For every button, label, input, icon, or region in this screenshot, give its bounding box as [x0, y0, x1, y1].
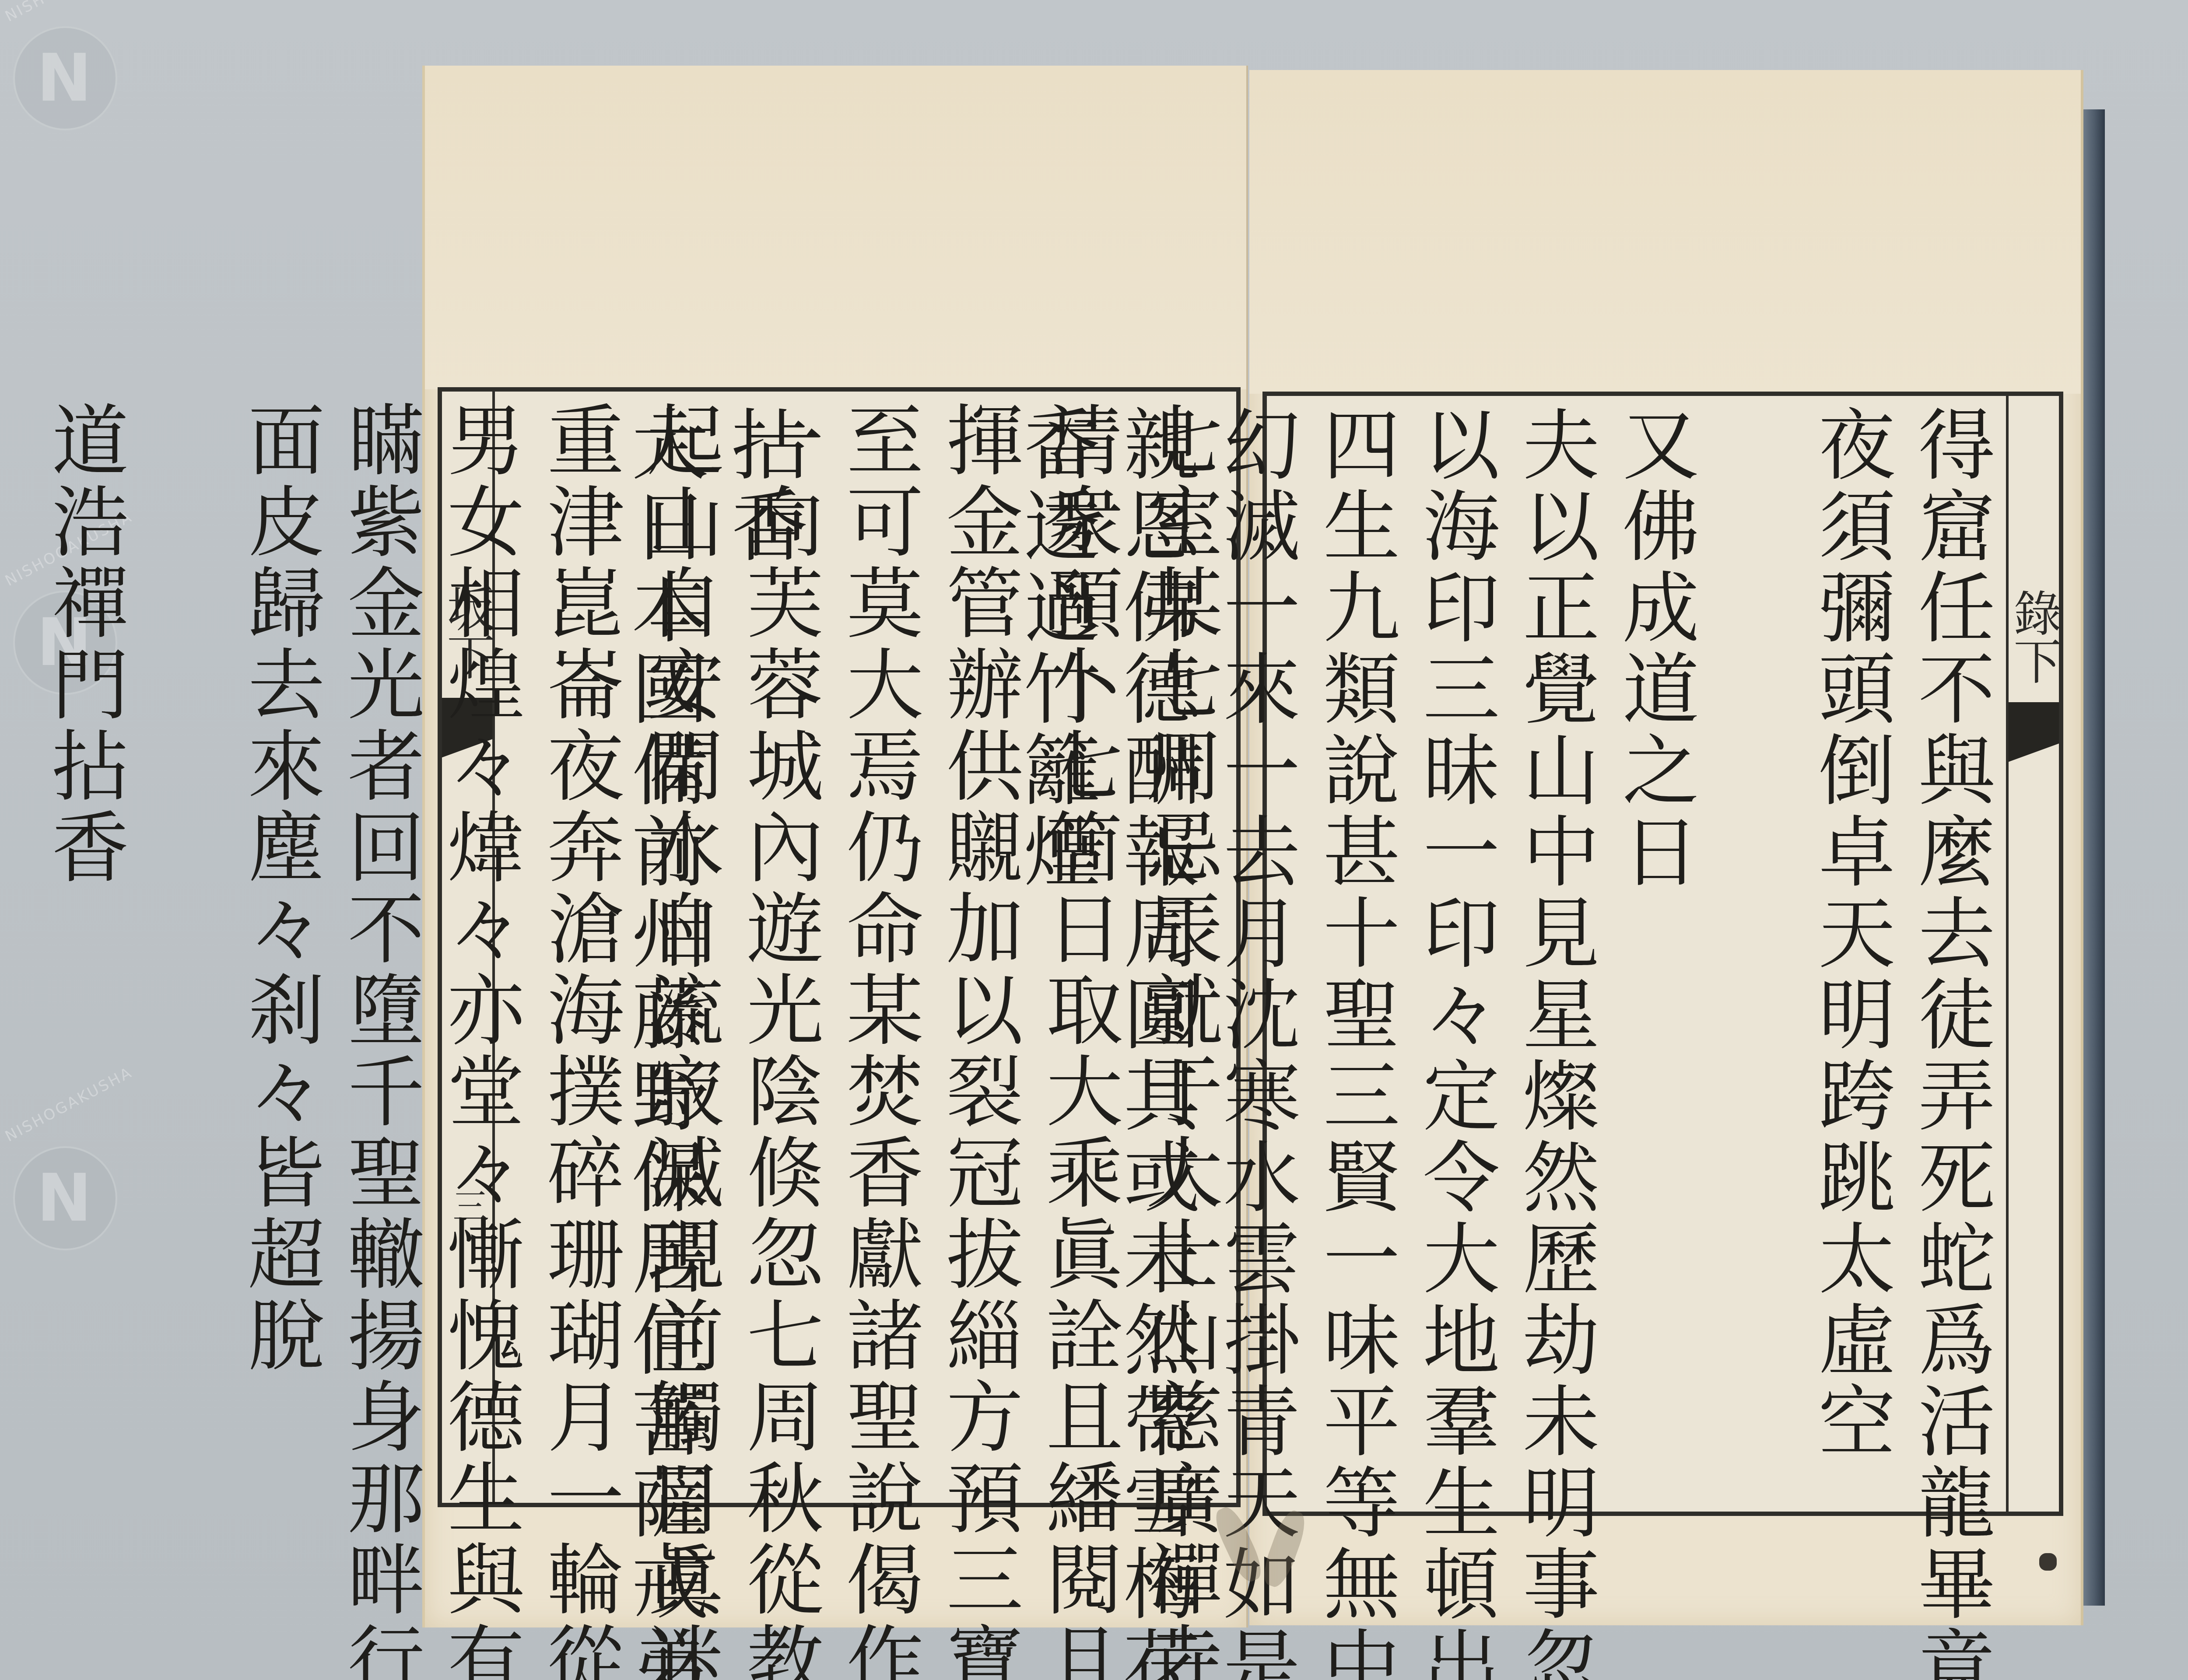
right-text-body: 得窟任不與麼去徒弄死蛇爲活龍畢竟作麼生昨 夜須彌頭倒卓天明跨跳太虛空 又佛成道之… [1276, 405, 2000, 1503]
text-column: 親恩佛德酬報周圓其或未然帶雪梅花初破玉清 [1105, 405, 1205, 1503]
paper-damage [2039, 1553, 2057, 1571]
text-column: 以海印三昧一印々定令大地羣生頓出蓋纏不論 [1405, 405, 1504, 1503]
text-column: 面皮歸去來塵々刹々皆超脫 [230, 400, 330, 1494]
section-heading: 又佛成道之日 [1604, 405, 1800, 1503]
right-hashira: 錄下 [2006, 396, 2059, 1512]
text-column: 瞞紫金光者回不墮千聖轍揚身那畔行履別換轉 [330, 400, 429, 1494]
top-margin [1249, 70, 2081, 394]
top-margin [425, 66, 1248, 389]
text-column: 幻滅一來一去月沈寒水雲掛青天如是領略將去 [1205, 405, 1305, 1503]
watermark-logo: NISHOGAKUSHA N [13, 26, 117, 130]
text-column: 香透過竹籬煙 [1006, 405, 1105, 1503]
text-column: 四生九類說甚十聖三賢一味平等無中邊幻生 [1305, 405, 1405, 1503]
signature-column: 道浩禪門拈香 [34, 400, 230, 1494]
book-spread: 坂下 三 七室某七周忌辰就于大士山慈廣禪寺拜屈滿堂 清衆預卜七箇日取大乘眞詮且繙… [420, 66, 2105, 1627]
section-heading: 拈香 [713, 405, 1006, 1503]
text-column: 大日本國備前州藤野保居住菩薩戒弟子某今値 [614, 405, 713, 1503]
text-column: 得窟任不與麼去徒弄死蛇爲活龍畢竟作麼生昨 [1900, 405, 2000, 1503]
fish-tail-mark-icon [2009, 702, 2059, 742]
text-column: 男女相煌々煒々亦堂々慚愧德生與有德飲光熱 [429, 400, 529, 1494]
text-column: 夜須彌頭倒卓天明跨跳太虛空 [1800, 405, 1900, 1503]
hashira-title: 錄下 [2009, 580, 2059, 693]
watermark-logo-icon: N [37, 45, 92, 111]
text-column: 夫以正覺山中見星燦然歷劫未明事忽尒得現前 [1504, 405, 1604, 1503]
right-text-frame: 得窟任不與麼去徒弄死蛇爲活龍畢竟作麼生昨 夜須彌頭倒卓天明跨跳太虛空 又佛成道之… [1262, 392, 2063, 1516]
